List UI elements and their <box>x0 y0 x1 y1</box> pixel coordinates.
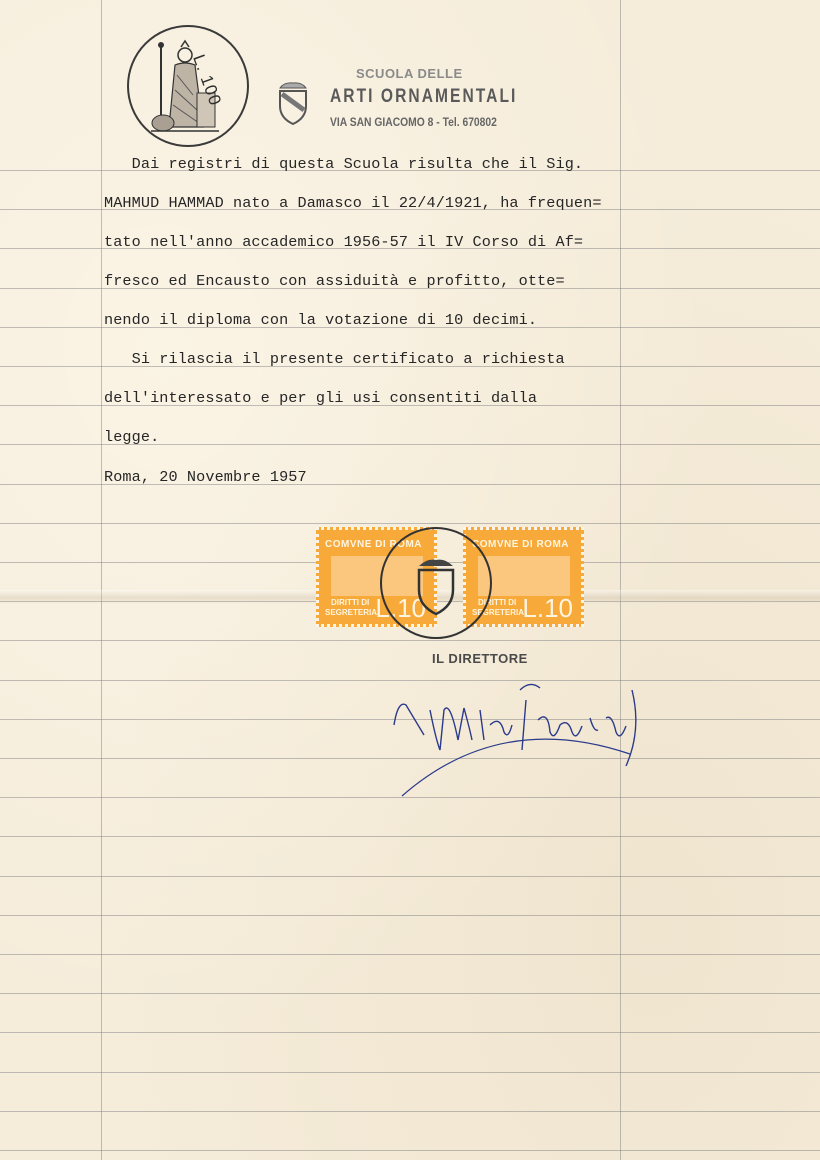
ruled-line <box>0 1111 820 1112</box>
ruled-line <box>0 993 820 994</box>
body-line: Dai registri di questa Scuola risulta ch… <box>104 155 583 173</box>
stamp-value: L.10 <box>522 593 573 624</box>
stamp-line1: DIRITTI DI <box>331 598 369 607</box>
body-line: dell'interessato e per gli usi consentit… <box>104 389 537 407</box>
body-line: Si rilascia il presente certificato a ri… <box>104 350 565 368</box>
revenue-seal <box>127 25 249 147</box>
she-wolf-icon <box>478 556 570 596</box>
body-line: fresco ed Encausto con assiduità e profi… <box>104 272 565 290</box>
stamp-line2: SEGRETERIA <box>325 608 377 617</box>
ruled-line <box>0 915 820 916</box>
body-line: MAHMUD HAMMAD nato a Damasco il 22/4/192… <box>104 194 602 212</box>
body-line: nendo il diploma con la votazione di 10 … <box>104 311 537 329</box>
stamp-header: COMVNE DI ROMA <box>472 539 569 550</box>
ruled-line <box>0 523 820 524</box>
school-name-line2: ARTI ORNAMENTALI <box>330 86 517 108</box>
date-line: Roma, 20 Novembre 1957 <box>104 468 307 486</box>
left-margin-line <box>101 0 102 1160</box>
postmark-crest-icon <box>409 556 463 621</box>
body-line: legge. <box>104 428 159 446</box>
coat-of-arms-icon <box>276 80 310 131</box>
ruled-line <box>0 1072 820 1073</box>
school-name-line1: SCUOLA DELLE <box>356 66 463 81</box>
school-address: VIA SAN GIACOMO 8 - Tel. 670802 <box>330 115 497 129</box>
ruled-line <box>0 876 820 877</box>
director-title: IL DIRETTORE <box>432 651 528 666</box>
ruled-line <box>0 1032 820 1033</box>
right-margin-line <box>620 0 621 1160</box>
director-signature <box>380 670 650 805</box>
body-line: tato nell'anno accademico 1956-57 il IV … <box>104 233 583 251</box>
ruled-line <box>0 836 820 837</box>
ruled-line <box>0 954 820 955</box>
ruled-line <box>0 640 820 641</box>
ruled-line <box>0 1150 820 1151</box>
